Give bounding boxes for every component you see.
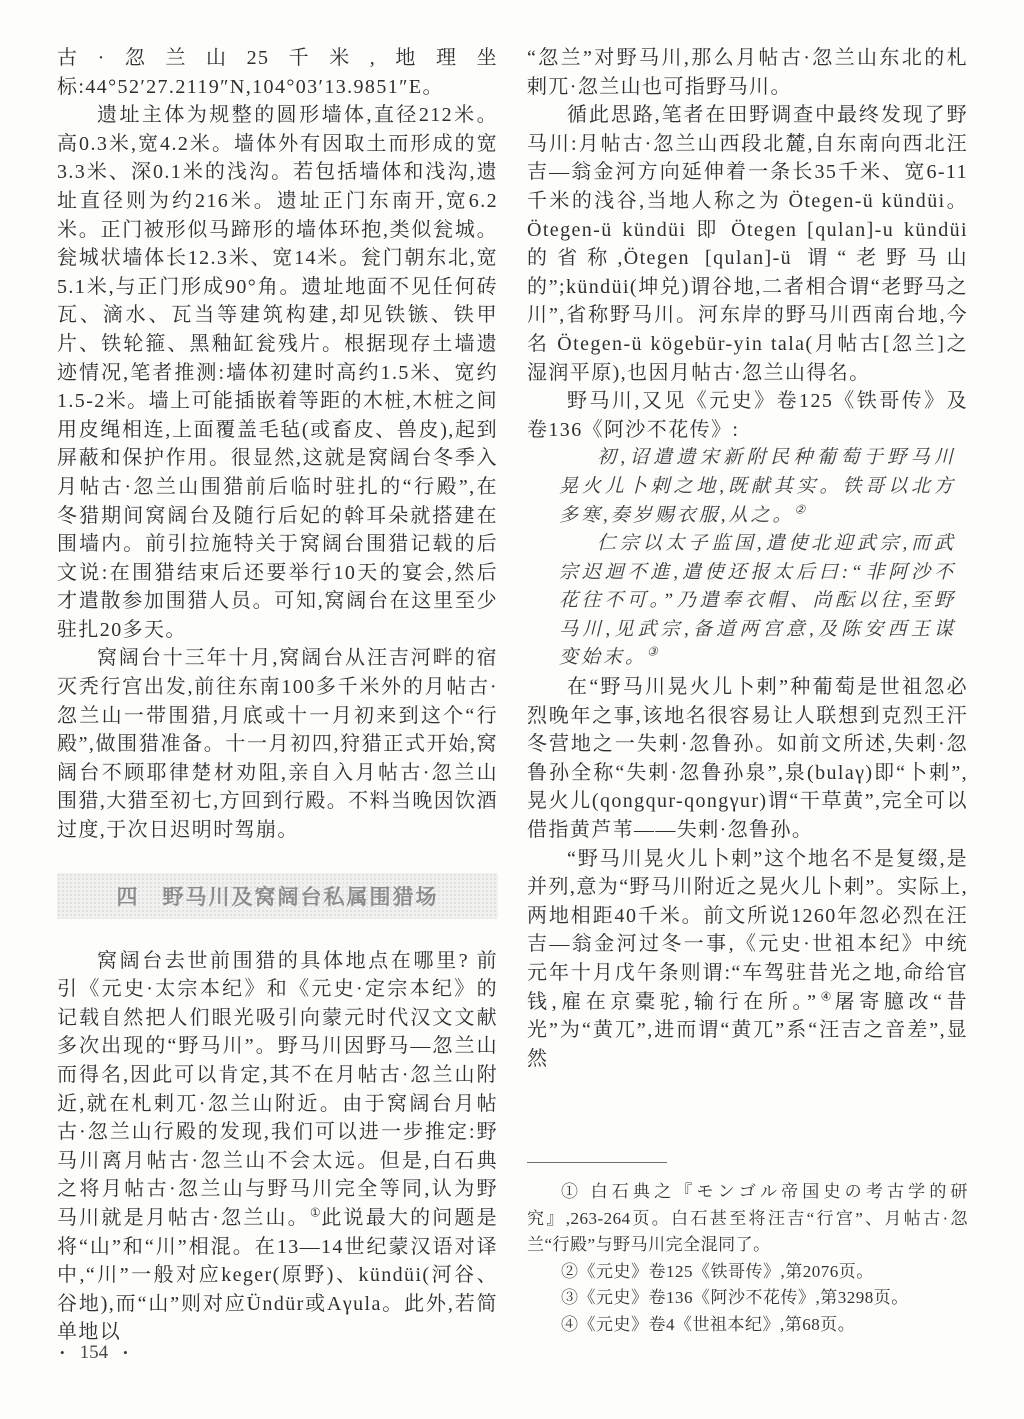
paragraph: 古·忽兰山25千米,地理坐标:44°52′27.2119″N,104°03′13…	[57, 44, 498, 101]
page-number-value: 154	[80, 1342, 109, 1364]
page-number-bullet: •	[60, 1345, 65, 1361]
page-number: • 154 •	[60, 1342, 128, 1364]
footnote: ②《元史》卷125《铁哥传》,第2076页。	[527, 1259, 968, 1286]
left-column: 古·忽兰山25千米,地理坐标:44°52′27.2119″N,104°03′13…	[57, 44, 498, 1347]
section-heading: 四 野马川及窝阔台私属围猎场	[57, 873, 498, 919]
footnote: ④《元史》卷4《世祖本纪》,第68页。	[527, 1312, 968, 1339]
footnote: ① 白石典之『モンゴル帝国史の考古学的研究』,263-264页。白石甚至将汪吉“…	[527, 1179, 968, 1259]
page-number-bullet: •	[123, 1345, 128, 1361]
paragraph: 在“野马川晃火儿卜剌”种葡萄是世祖忽必烈晚年之事,该地名很容易让人联想到克烈王汗…	[527, 673, 968, 845]
section-title: 野马川及窝阔台私属围猎场	[163, 881, 439, 911]
paragraph: 野马川,又见《元史》卷125《铁哥传》及卷136《阿沙不花传》:	[527, 387, 968, 444]
block-quote-paragraph: 仁宗以太子监国,遣使北迎武宗,而武宗迟迴不進,遣使还报太后曰:“非阿沙不花往不可…	[559, 530, 956, 673]
block-quote-paragraph: 初,诏遣遗宋新附民种葡萄于野马川晃火儿卜剌之地,既献其实。铁哥以北方多寒,奏岁赐…	[559, 444, 956, 530]
paragraph: 循此思路,笔者在田野调查中最终发现了野马川:月帖古·忽兰山西段北麓,自东南向西北…	[527, 101, 968, 387]
footnote: ③《元史》卷136《阿沙不花传》,第3298页。	[527, 1285, 968, 1312]
paragraph: “忽兰”对野马川,那么月帖古·忽兰山东北的札剌兀·忽兰山也可指野马川。	[527, 44, 968, 101]
paragraph: 窝阔台十三年十月,窝阔台从汪吉河畔的宿灭秃行宫出发,前往东南100多千米外的月帖…	[57, 644, 498, 844]
paragraph: 遗址主体为规整的圆形墙体,直径212米。高0.3米,宽4.2米。墙体外有因取土而…	[57, 101, 498, 644]
paragraph: 窝阔台去世前围猎的具体地点在哪里? 前引《元史·太宗本纪》和《元史·定宗本纪》的…	[57, 947, 498, 1347]
footnotes-section: ① 白石典之『モンゴル帝国史の考古学的研究』,263-264页。白石甚至将汪吉“…	[527, 1162, 968, 1338]
paragraph: “野马川晃火儿卜剌”这个地名不是复缀,是并列,意为“野马川附近之晃火儿卜剌”。实…	[527, 845, 968, 1074]
footnote-divider	[527, 1162, 667, 1163]
right-column: “忽兰”对野马川,那么月帖古·忽兰山东北的札剌兀·忽兰山也可指野马川。 循此思路…	[527, 44, 968, 1073]
section-number: 四	[116, 881, 139, 911]
